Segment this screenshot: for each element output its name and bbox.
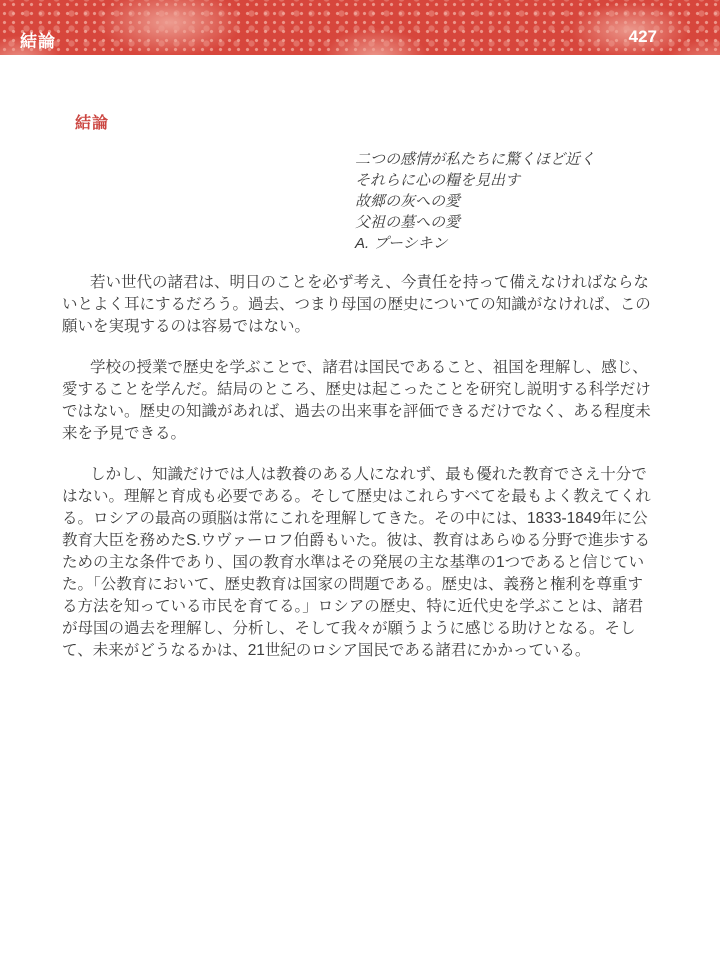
epigraph-line: それらに心の糧を見出す [355, 170, 720, 191]
epigraph-line: 二つの感情が私たちに驚くほど近く [355, 149, 720, 170]
epigraph-line: 父祖の墓への愛 [355, 212, 720, 233]
epigraph-attribution: A. プーシキン [355, 233, 720, 254]
epigraph: 二つの感情が私たちに驚くほど近く それらに心の糧を見出す 故郷の灰への愛 父祖の… [355, 149, 720, 254]
page-header-band: 結論 427 [0, 0, 720, 55]
body-paragraph: 学校の授業で歴史を学ぶことで、諸君は国民であること、祖国を理解し、感じ、愛するこ… [62, 357, 658, 445]
body-paragraph: 若い世代の諸君は、明日のことを必ず考え、今責任を持って備えなければならないとよく… [62, 272, 658, 338]
page-number: 427 [629, 27, 657, 47]
book-page: 結論 427 結論 二つの感情が私たちに驚くほど近く それらに心の糧を見出す 故… [0, 0, 720, 960]
epigraph-line: 故郷の灰への愛 [355, 191, 720, 212]
page-content: 結論 二つの感情が私たちに驚くほど近く それらに心の糧を見出す 故郷の灰への愛 … [0, 55, 720, 681]
section-title: 結論 [75, 110, 720, 133]
body-paragraph: しかし、知識だけでは人は教養のある人になれず、最も優れた教育でさえ十分ではない。… [62, 464, 658, 662]
running-header-title: 結論 [20, 27, 56, 52]
